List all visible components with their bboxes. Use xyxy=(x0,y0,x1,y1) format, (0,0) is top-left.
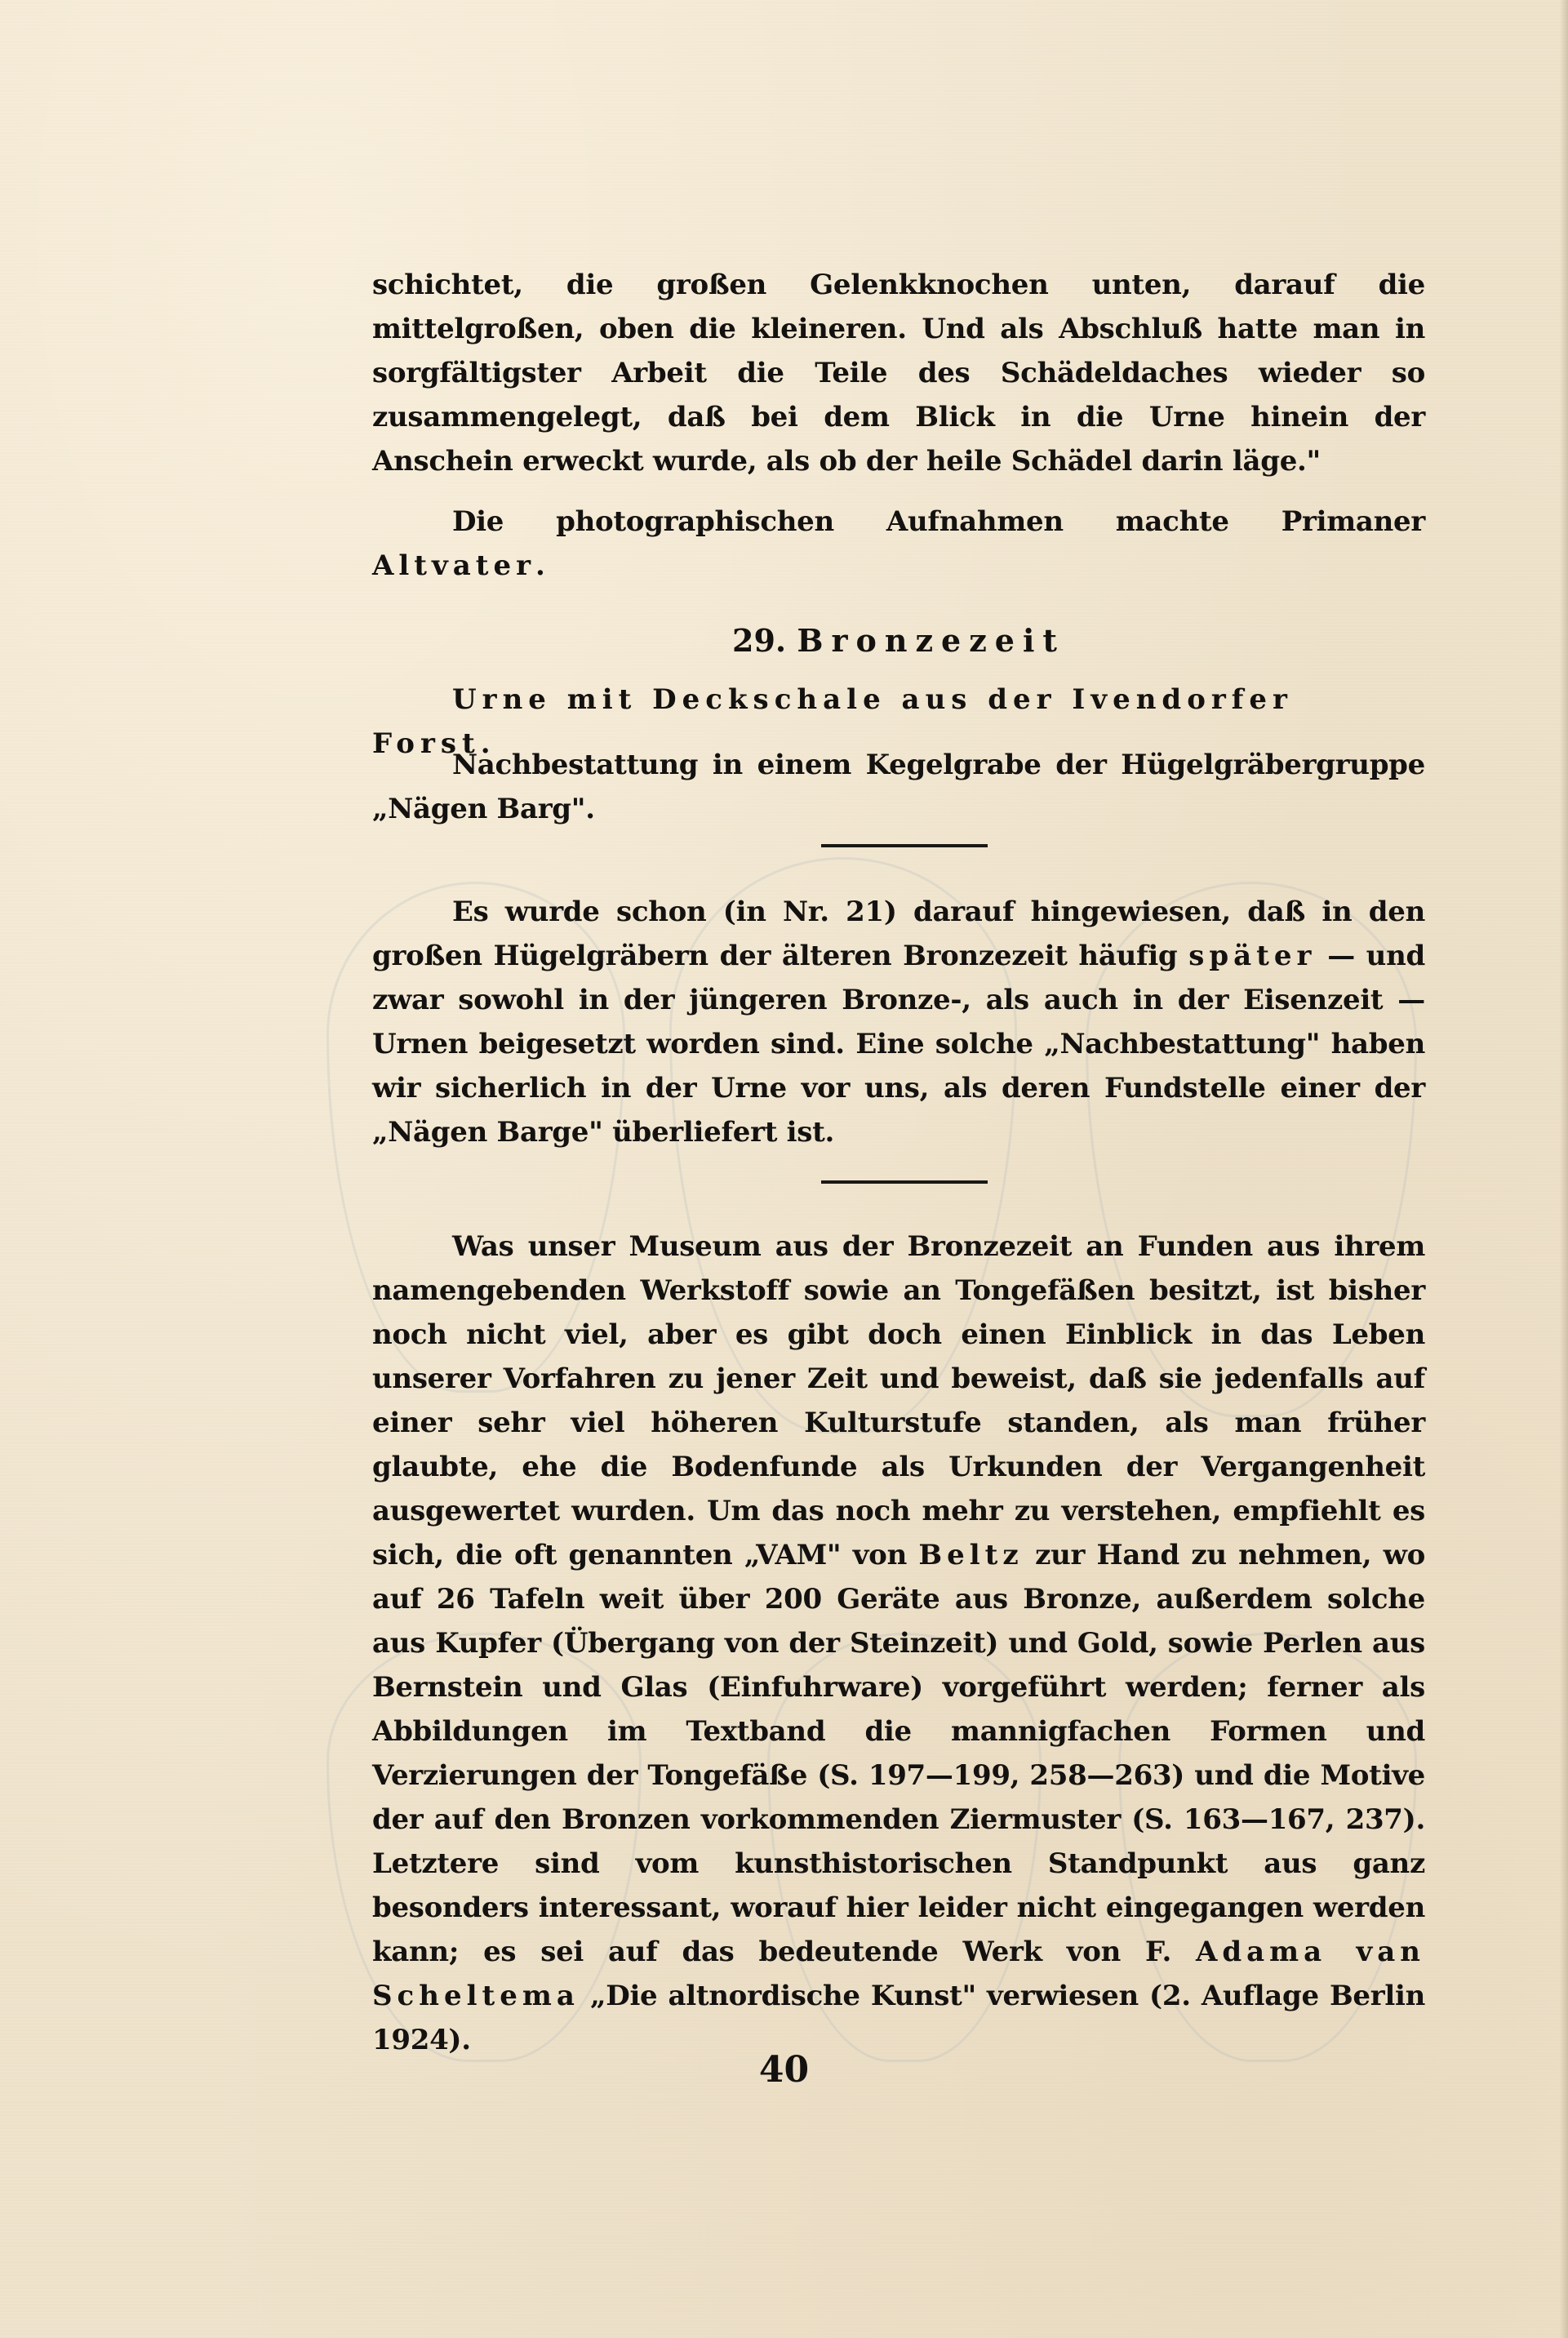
page-number: 40 xyxy=(0,2046,1568,2095)
photographer-name: Altvater xyxy=(372,549,535,582)
paragraph-text: Nachbestattung in einem Kegelgrabe der H… xyxy=(372,743,1425,831)
paragraph-text: Was unser Museum aus der Bronzezeit an F… xyxy=(372,1225,1425,2062)
paragraph-text: Es wurde schon (in Nr. 21) darauf hingew… xyxy=(372,890,1425,1154)
paragraph-text: Die photographischen Aufnahmen machte Pr… xyxy=(372,500,1425,588)
emphasized-word: später xyxy=(1188,940,1316,972)
section-title: Bronzezeit xyxy=(797,622,1065,659)
section-divider xyxy=(821,1180,988,1184)
book-page: schichtet, die großen Gelenkknochen unte… xyxy=(0,0,1568,2338)
paragraph-part: zur Hand zu nehmen, wo auf 26 Tafeln wei… xyxy=(372,1539,1425,1968)
continued-quote-paragraph: schichtet, die großen Gelenkknochen unte… xyxy=(372,263,1425,483)
photo-credit-paragraph: Die photographischen Aufnahmen machte Pr… xyxy=(372,500,1425,588)
section-heading: 29. Bronzezeit xyxy=(372,619,1425,663)
paragraph-part: Was unser Museum aus der Bronzezeit an F… xyxy=(372,1230,1425,1571)
nachbestattung-paragraph: Es wurde schon (in Nr. 21) darauf hingew… xyxy=(372,890,1425,1154)
paragraph-text: schichtet, die großen Gelenkknochen unte… xyxy=(372,263,1425,483)
section-description: Nachbestattung in einem Kegelgrabe der H… xyxy=(372,743,1425,831)
section-divider xyxy=(821,844,988,847)
page-edge xyxy=(1560,0,1568,2338)
museum-collection-paragraph: Was unser Museum aus der Bronzezeit an F… xyxy=(372,1225,1425,2062)
credit-punctuation: . xyxy=(535,549,545,582)
section-number: 29. xyxy=(732,622,786,659)
credit-text: Die photographischen Aufnahmen machte Pr… xyxy=(452,505,1425,538)
author-name-beltz: Beltz xyxy=(918,1539,1023,1571)
